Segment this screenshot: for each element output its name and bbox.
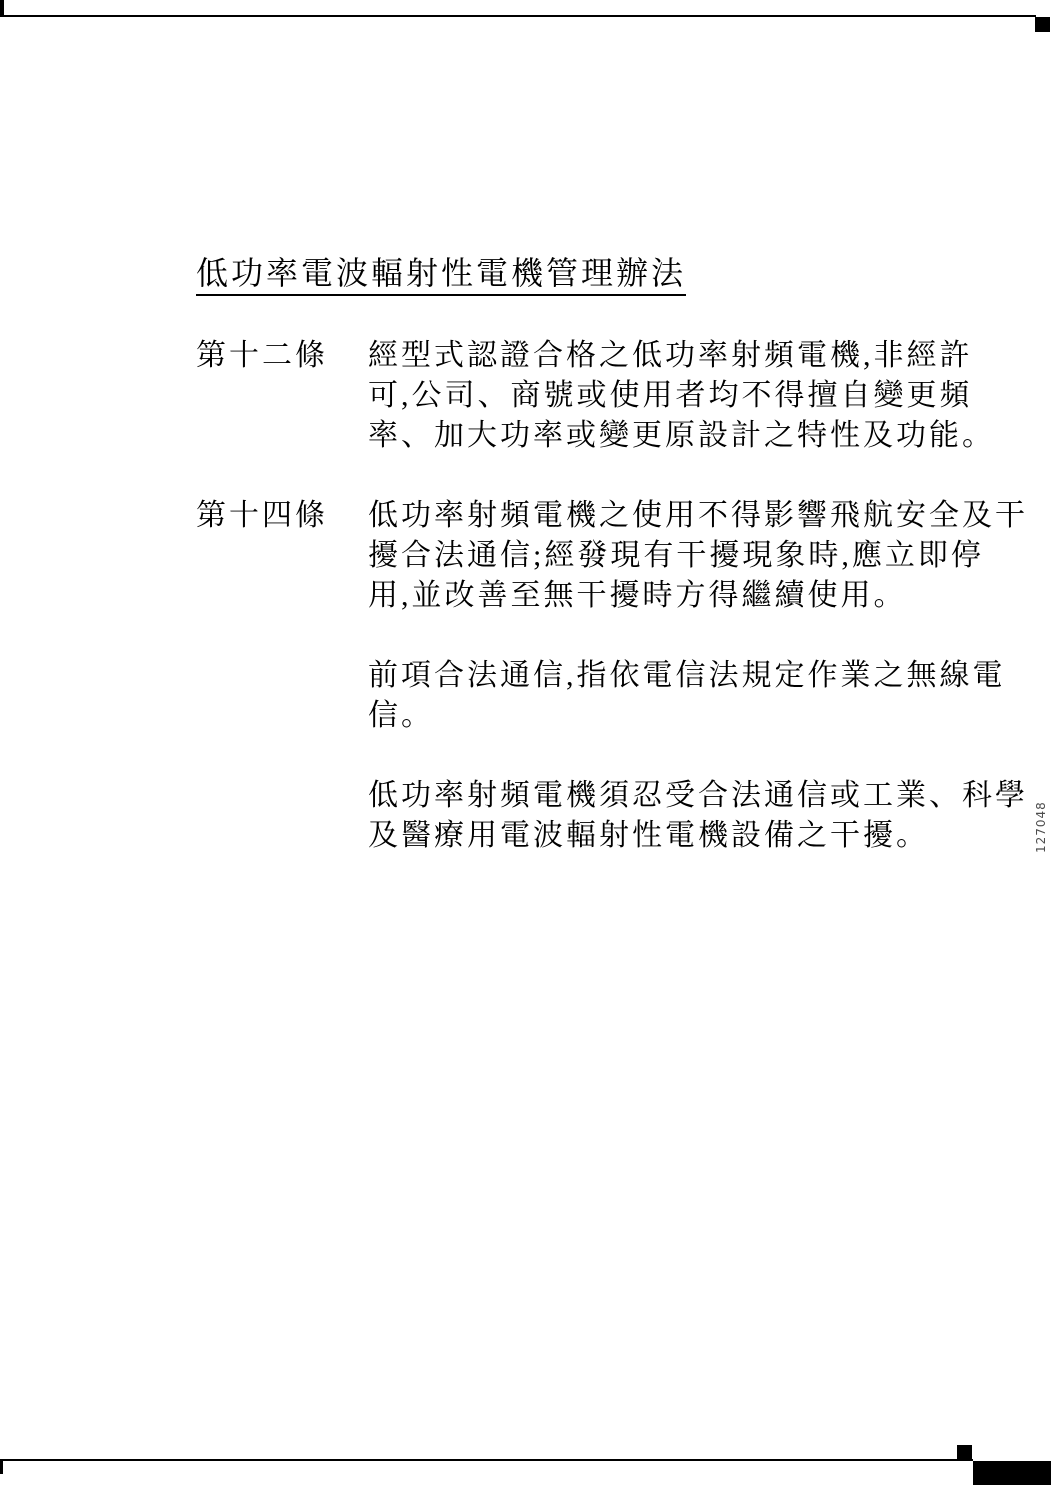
- article-14-paragraph-2: 前項合法通信,指依電信法規定作業之無線電 信。: [368, 656, 1046, 736]
- article-12: 第十二條 經型式認證合格之低功率射頻電機,非經許 可,公司、商號或使用者均不得擅…: [196, 336, 1046, 456]
- article-14-body: 低功率射頻電機之使用不得影響飛航安全及干 擾合法通信;經發現有干擾現象時,應立即…: [368, 496, 1046, 856]
- article-12-label: 第十二條: [196, 336, 328, 376]
- bottom-small-square-mark: [957, 1445, 972, 1459]
- bottom-left-crop-mark: [0, 1459, 3, 1474]
- top-right-corner-mark: [1035, 17, 1050, 32]
- article-14: 第十四條 低功率射頻電機之使用不得影響飛航安全及干 擾合法通信;經發現有干擾現象…: [196, 496, 1046, 856]
- article-14-label: 第十四條: [196, 496, 328, 536]
- document-title-text: 低功率電波輻射性電機管理辦法: [196, 254, 686, 296]
- article-12-body: 經型式認證合格之低功率射頻電機,非經許 可,公司、商號或使用者均不得擅自變更頻 …: [368, 336, 1046, 456]
- article-14-paragraph-3: 低功率射頻電機須忍受合法通信或工業、科學 及醫療用電波輻射性電機設備之干擾。: [368, 776, 1046, 856]
- article-12-paragraph-1: 經型式認證合格之低功率射頻電機,非經許 可,公司、商號或使用者均不得擅自變更頻 …: [368, 336, 1046, 456]
- document-page: 低功率電波輻射性電機管理辦法 第十二條 經型式認證合格之低功率射頻電機,非經許 …: [0, 0, 1051, 1485]
- bottom-right-corner-block: [973, 1461, 1051, 1485]
- bottom-horizontal-rule: [0, 1459, 973, 1461]
- page-title: 低功率電波輻射性電機管理辦法: [196, 254, 686, 296]
- article-14-paragraph-1: 低功率射頻電機之使用不得影響飛航安全及干 擾合法通信;經發現有干擾現象時,應立即…: [368, 496, 1046, 616]
- top-horizontal-rule: [0, 15, 1036, 17]
- figure-number: 127048: [1034, 801, 1048, 853]
